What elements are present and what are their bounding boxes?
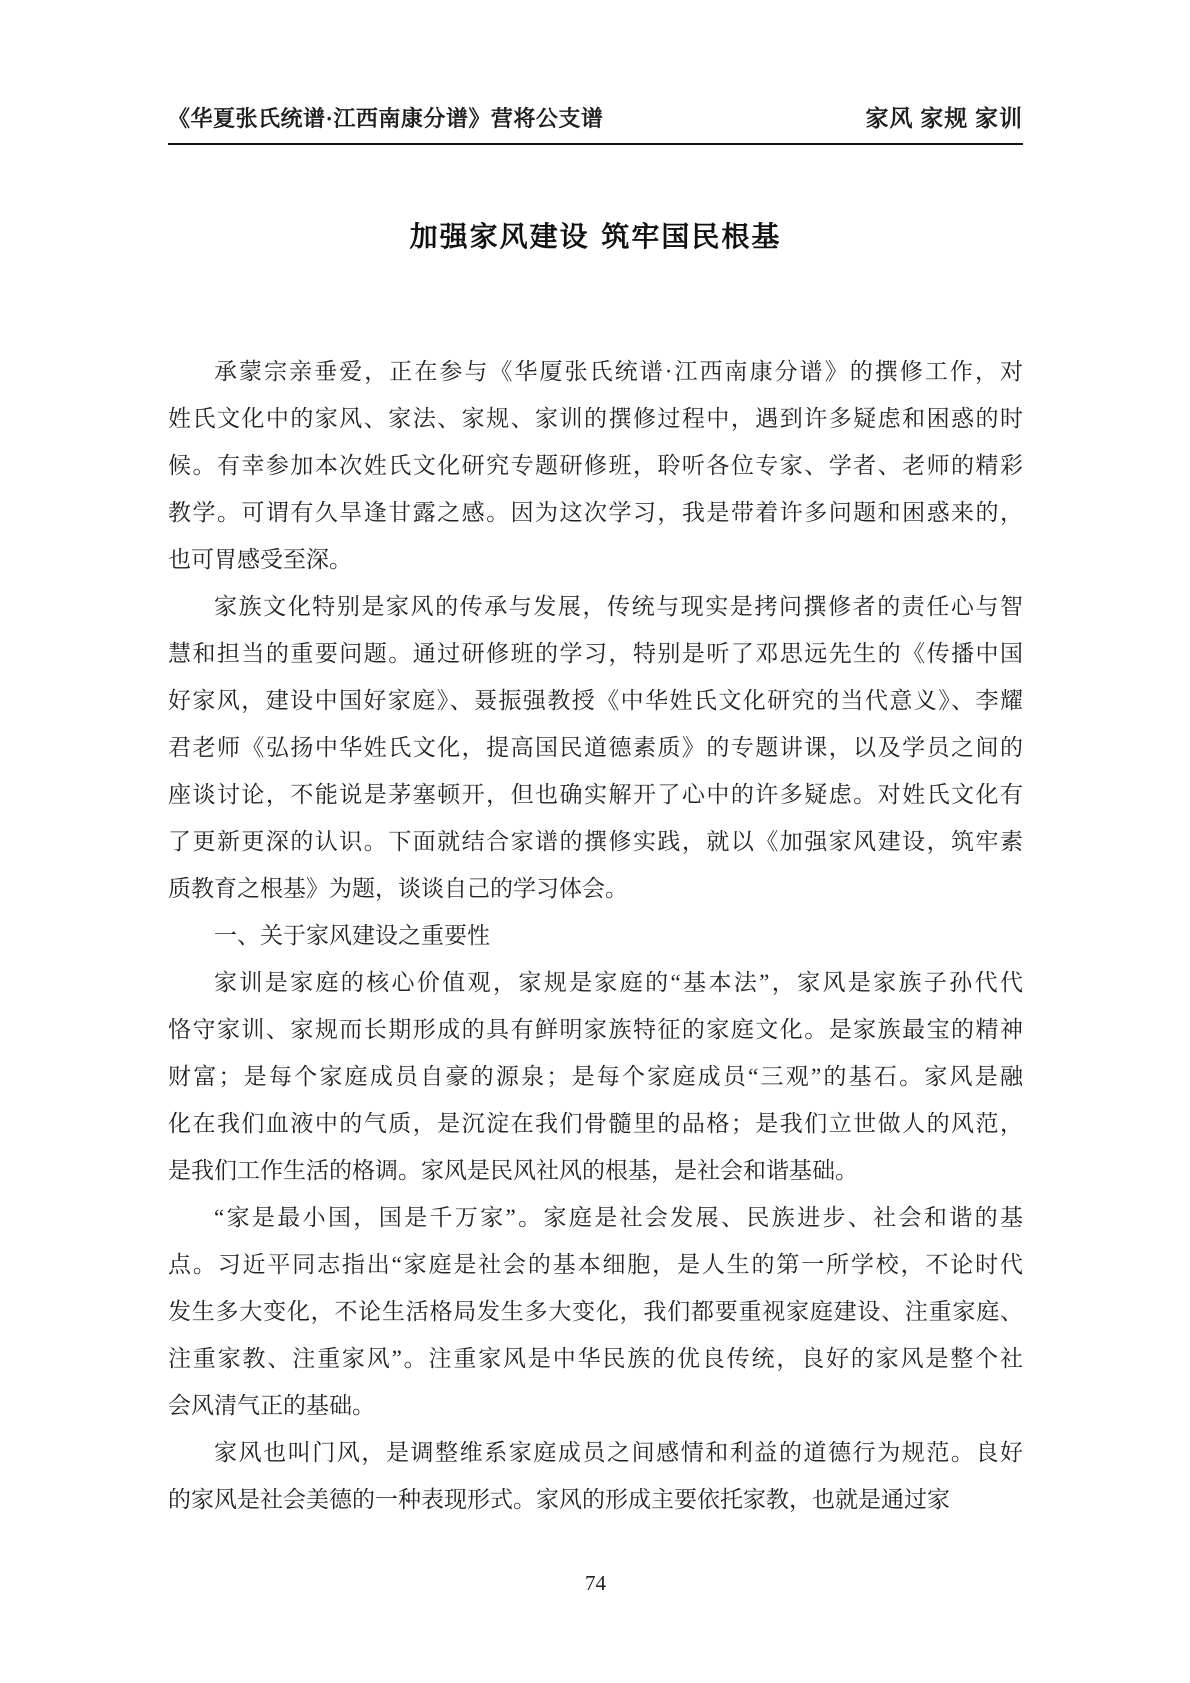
text-line: 恪守家训、家规而长期形成的具有鲜明家族特征的家庭文化。是家族最宝的精神 <box>168 1006 1023 1053</box>
header-section-label: 家风 家规 家训 <box>866 100 1024 133</box>
text-line: 承蒙宗亲垂爱，正在参与《华厦张氏统谱·江西南康分谱》的撰修工作，对 <box>168 348 1023 395</box>
text-line: 也可胃感受至深。 <box>168 536 1023 583</box>
text-line: 君老师《弘扬中华姓氏文化，提高国民道德素质》的专题讲课，以及学员之间的 <box>168 724 1023 771</box>
text-line: 是我们工作生活的格调。家风是民风社风的根基，是社会和谐基础。 <box>168 1147 1023 1194</box>
page-footer: 74 <box>168 1571 1023 1596</box>
document-title: 加强家风建设 筑牢国民根基 <box>168 215 1023 255</box>
text-line: 家训是家庭的核心价值观，家规是家庭的“基本法”，家风是家族子孙代代 <box>168 959 1023 1006</box>
document-body: 承蒙宗亲垂爱，正在参与《华厦张氏统谱·江西南康分谱》的撰修工作，对姓氏文化中的家… <box>168 348 1023 1523</box>
text-line: 点。习近平同志指出“家庭是社会的基本细胞，是人生的第一所学校，不论时代 <box>168 1241 1023 1288</box>
text-line: 一、关于家风建设之重要性 <box>168 912 1023 959</box>
text-line: 了更新更深的认识。下面就结合家谱的撰修实践，就以《加强家风建设，筑牢素 <box>168 818 1023 865</box>
text-line: 化在我们血液中的气质，是沉淀在我们骨髓里的品格；是我们立世做人的风范， <box>168 1100 1023 1147</box>
text-line: 发生多大变化，不论生活格局发生多大变化，我们都要重视家庭建设、注重家庭、 <box>168 1288 1023 1335</box>
body-paragraph: 承蒙宗亲垂爱，正在参与《华厦张氏统谱·江西南康分谱》的撰修工作，对姓氏文化中的家… <box>168 348 1023 583</box>
body-paragraph: 家训是家庭的核心价值观，家规是家庭的“基本法”，家风是家族子孙代代恪守家训、家规… <box>168 959 1023 1194</box>
text-line: 座谈讨论，不能说是茅塞顿开，但也确实解开了心中的许多疑虑。对姓氏文化有 <box>168 771 1023 818</box>
text-line: “家是最小国，国是千万家”。家庭是社会发展、民族进步、社会和谐的基 <box>168 1194 1023 1241</box>
text-line: 家族文化特别是家风的传承与发展，传统与现实是拷问撰修者的责任心与智 <box>168 583 1023 630</box>
text-line: 家风也叫门风，是调整维系家庭成员之间感情和利益的道德行为规范。良好 <box>168 1429 1023 1476</box>
page-header: 《华夏张氏统谱·江西南康分谱》营将公支谱 家风 家规 家训 <box>168 0 1023 145</box>
text-line: 教学。可谓有久旱逢甘露之感。因为这次学习，我是带着许多问题和困惑来的， <box>168 489 1023 536</box>
text-line: 质教育之根基》为题，谈谈自己的学习体会。 <box>168 865 1023 912</box>
document-page: 《华夏张氏统谱·江西南康分谱》营将公支谱 家风 家规 家训 加强家风建设 筑牢国… <box>0 0 1190 1683</box>
text-line: 的家风是社会美德的一种表现形式。家风的形成主要依托家教，也就是通过家 <box>168 1476 1023 1523</box>
text-line: 会风清气正的基础。 <box>168 1382 1023 1429</box>
text-line: 候。有幸参加本次姓氏文化研究专题研修班，聆听各位专家、学者、老师的精彩 <box>168 442 1023 489</box>
text-line: 姓氏文化中的家风、家法、家规、家训的撰修过程中，遇到许多疑虑和困惑的时 <box>168 395 1023 442</box>
body-paragraph: 家风也叫门风，是调整维系家庭成员之间感情和利益的道德行为规范。良好的家风是社会美… <box>168 1429 1023 1523</box>
page-number: 74 <box>585 1571 606 1595</box>
section-heading: 一、关于家风建设之重要性 <box>168 912 1023 959</box>
header-genealogy-title: 《华夏张氏统谱·江西南康分谱》营将公支谱 <box>168 102 603 133</box>
text-line: 财富；是每个家庭成员自豪的源泉；是每个家庭成员“三观”的基石。家风是融 <box>168 1053 1023 1100</box>
body-paragraph: 家族文化特别是家风的传承与发展，传统与现实是拷问撰修者的责任心与智慧和担当的重要… <box>168 583 1023 912</box>
text-line: 慧和担当的重要问题。通过研修班的学习，特别是听了邓思远先生的《传播中国 <box>168 630 1023 677</box>
text-line: 注重家教、注重家风”。注重家风是中华民族的优良传统，良好的家风是整个社 <box>168 1335 1023 1382</box>
body-paragraph: “家是最小国，国是千万家”。家庭是社会发展、民族进步、社会和谐的基点。习近平同志… <box>168 1194 1023 1429</box>
text-line: 好家风，建设中国好家庭》、聂振强教授《中华姓氏文化研究的当代意义》、李耀 <box>168 677 1023 724</box>
